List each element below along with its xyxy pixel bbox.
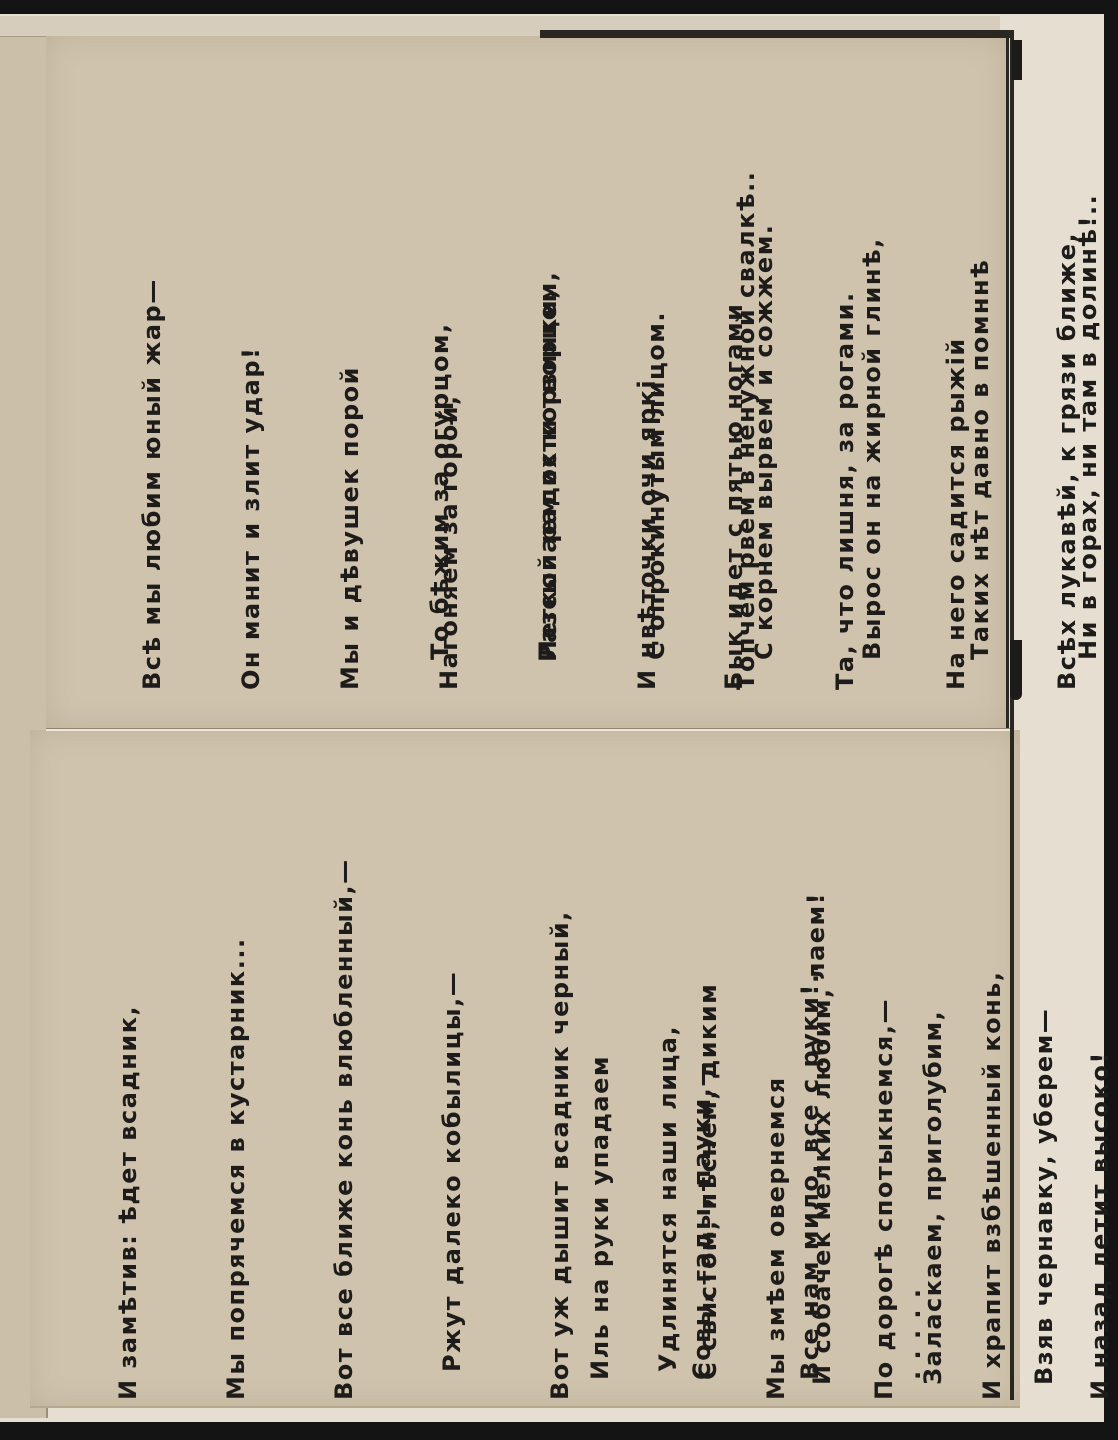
verse-line: Легкой радости творцем,: [530, 194, 566, 660]
verse-line: Ржут далеко кобылицы,—: [434, 858, 470, 1400]
page-fold-line: [46, 728, 1010, 731]
printed-border-top: [540, 30, 1010, 38]
verse-line: Мы попрячемся в кустарник...: [218, 858, 254, 1400]
verse-line: И замѣтив: ѣдет всадник,: [110, 858, 146, 1400]
verse-line: Всѣ мы любим юный жар—: [136, 171, 169, 690]
verse-line: Заласкаем, приголубим,: [915, 987, 952, 1385]
verse-line: И собачек мелких любим,: [804, 987, 841, 1385]
verse-line: Та, что лишня, за рогами.: [827, 232, 864, 690]
verse-line: Вот все ближе конь влюбленный,—: [326, 858, 362, 1400]
verse-line: Совы, гады, пауки,—: [684, 962, 720, 1380]
ink-blot: [1012, 40, 1022, 80]
verse-line: То бѣжим за огурцом,: [422, 194, 458, 660]
stanza-lower-4: И собачек мелких любим, Заласкаем, приго…: [730, 987, 1118, 1385]
verse-line: Он манит и злит удар!: [235, 171, 268, 690]
stanza-upper-3: Бык идет с пятью ногами Та, что лишня, з…: [642, 232, 1118, 690]
verse-line: Бык идет с пятью ногами: [716, 232, 753, 690]
verse-line: Взяв чернавку, уберем—: [1026, 987, 1063, 1385]
verse-line: На него садится рыжій: [938, 232, 975, 690]
verse-line: Всѣх лукавѣй, к грязи ближе,: [1049, 232, 1086, 690]
